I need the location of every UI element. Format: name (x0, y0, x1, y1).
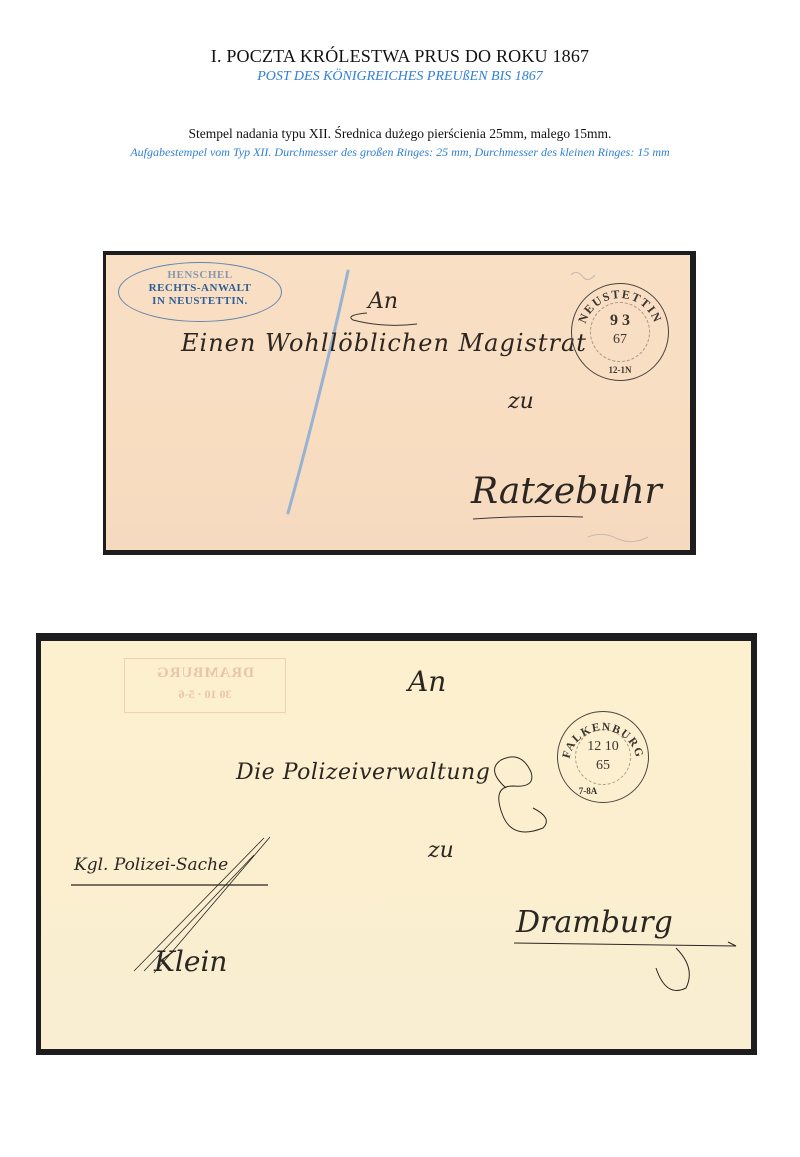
postmark-time: 7-8A (579, 786, 598, 796)
signature: Klein (154, 945, 227, 978)
recipient: Einen Wohllöblichen Magistrat (181, 329, 587, 357)
page-subtitle-german: POST DES KÖNIGREICHES PREUßEN BIS 1867 (0, 69, 800, 85)
cover-falkenburg: DRAMBURG 30 10 · 5-6 An Die Polizeiverwa… (36, 633, 757, 1055)
destination: Ratzebuhr (471, 471, 662, 512)
postmark-year: 65 (558, 758, 648, 774)
preposition: zu (508, 389, 534, 414)
recipient: Die Polizeiverwaltung (236, 760, 490, 785)
destination-underline (473, 516, 583, 519)
destination: Dramburg (516, 905, 673, 940)
postmark-date: 9 3 (572, 312, 668, 330)
recipient-flourish (495, 757, 547, 832)
description-polish: Stempel nadania typu XII. Średnica dużeg… (0, 126, 800, 142)
preposition: zu (428, 838, 454, 863)
description-german: Aufgabestempel vom Typ XII. Durchmesser … (0, 145, 800, 160)
faded-box-stamp: DRAMBURG 30 10 · 5-6 (124, 658, 286, 713)
salutation: An (408, 665, 446, 698)
page-title: I. POCZTA KRÓLESTWA PRUS DO ROKU 1867 (0, 46, 800, 67)
postmark-year: 67 (572, 332, 668, 348)
postmark-date: 12 10 (558, 739, 648, 755)
postmark-time: 12-1N (609, 365, 632, 375)
an-flourish (351, 313, 417, 325)
postmark-falkenburg: FALKENBURG 7-8A 12 10 65 (557, 711, 649, 803)
destination-underline (514, 942, 736, 991)
blue-crayon-stroke (288, 271, 348, 513)
salutation: An (368, 289, 398, 314)
postmark-neustettin: NEUSTETTIN 12-1N 9 3 67 (571, 283, 669, 381)
sender-oval-stamp: HENSCHEL RECHTS-ANWALT IN NEUSTETTIN. (118, 262, 282, 322)
sender-note: Kgl. Polizei-Sache (74, 855, 228, 875)
